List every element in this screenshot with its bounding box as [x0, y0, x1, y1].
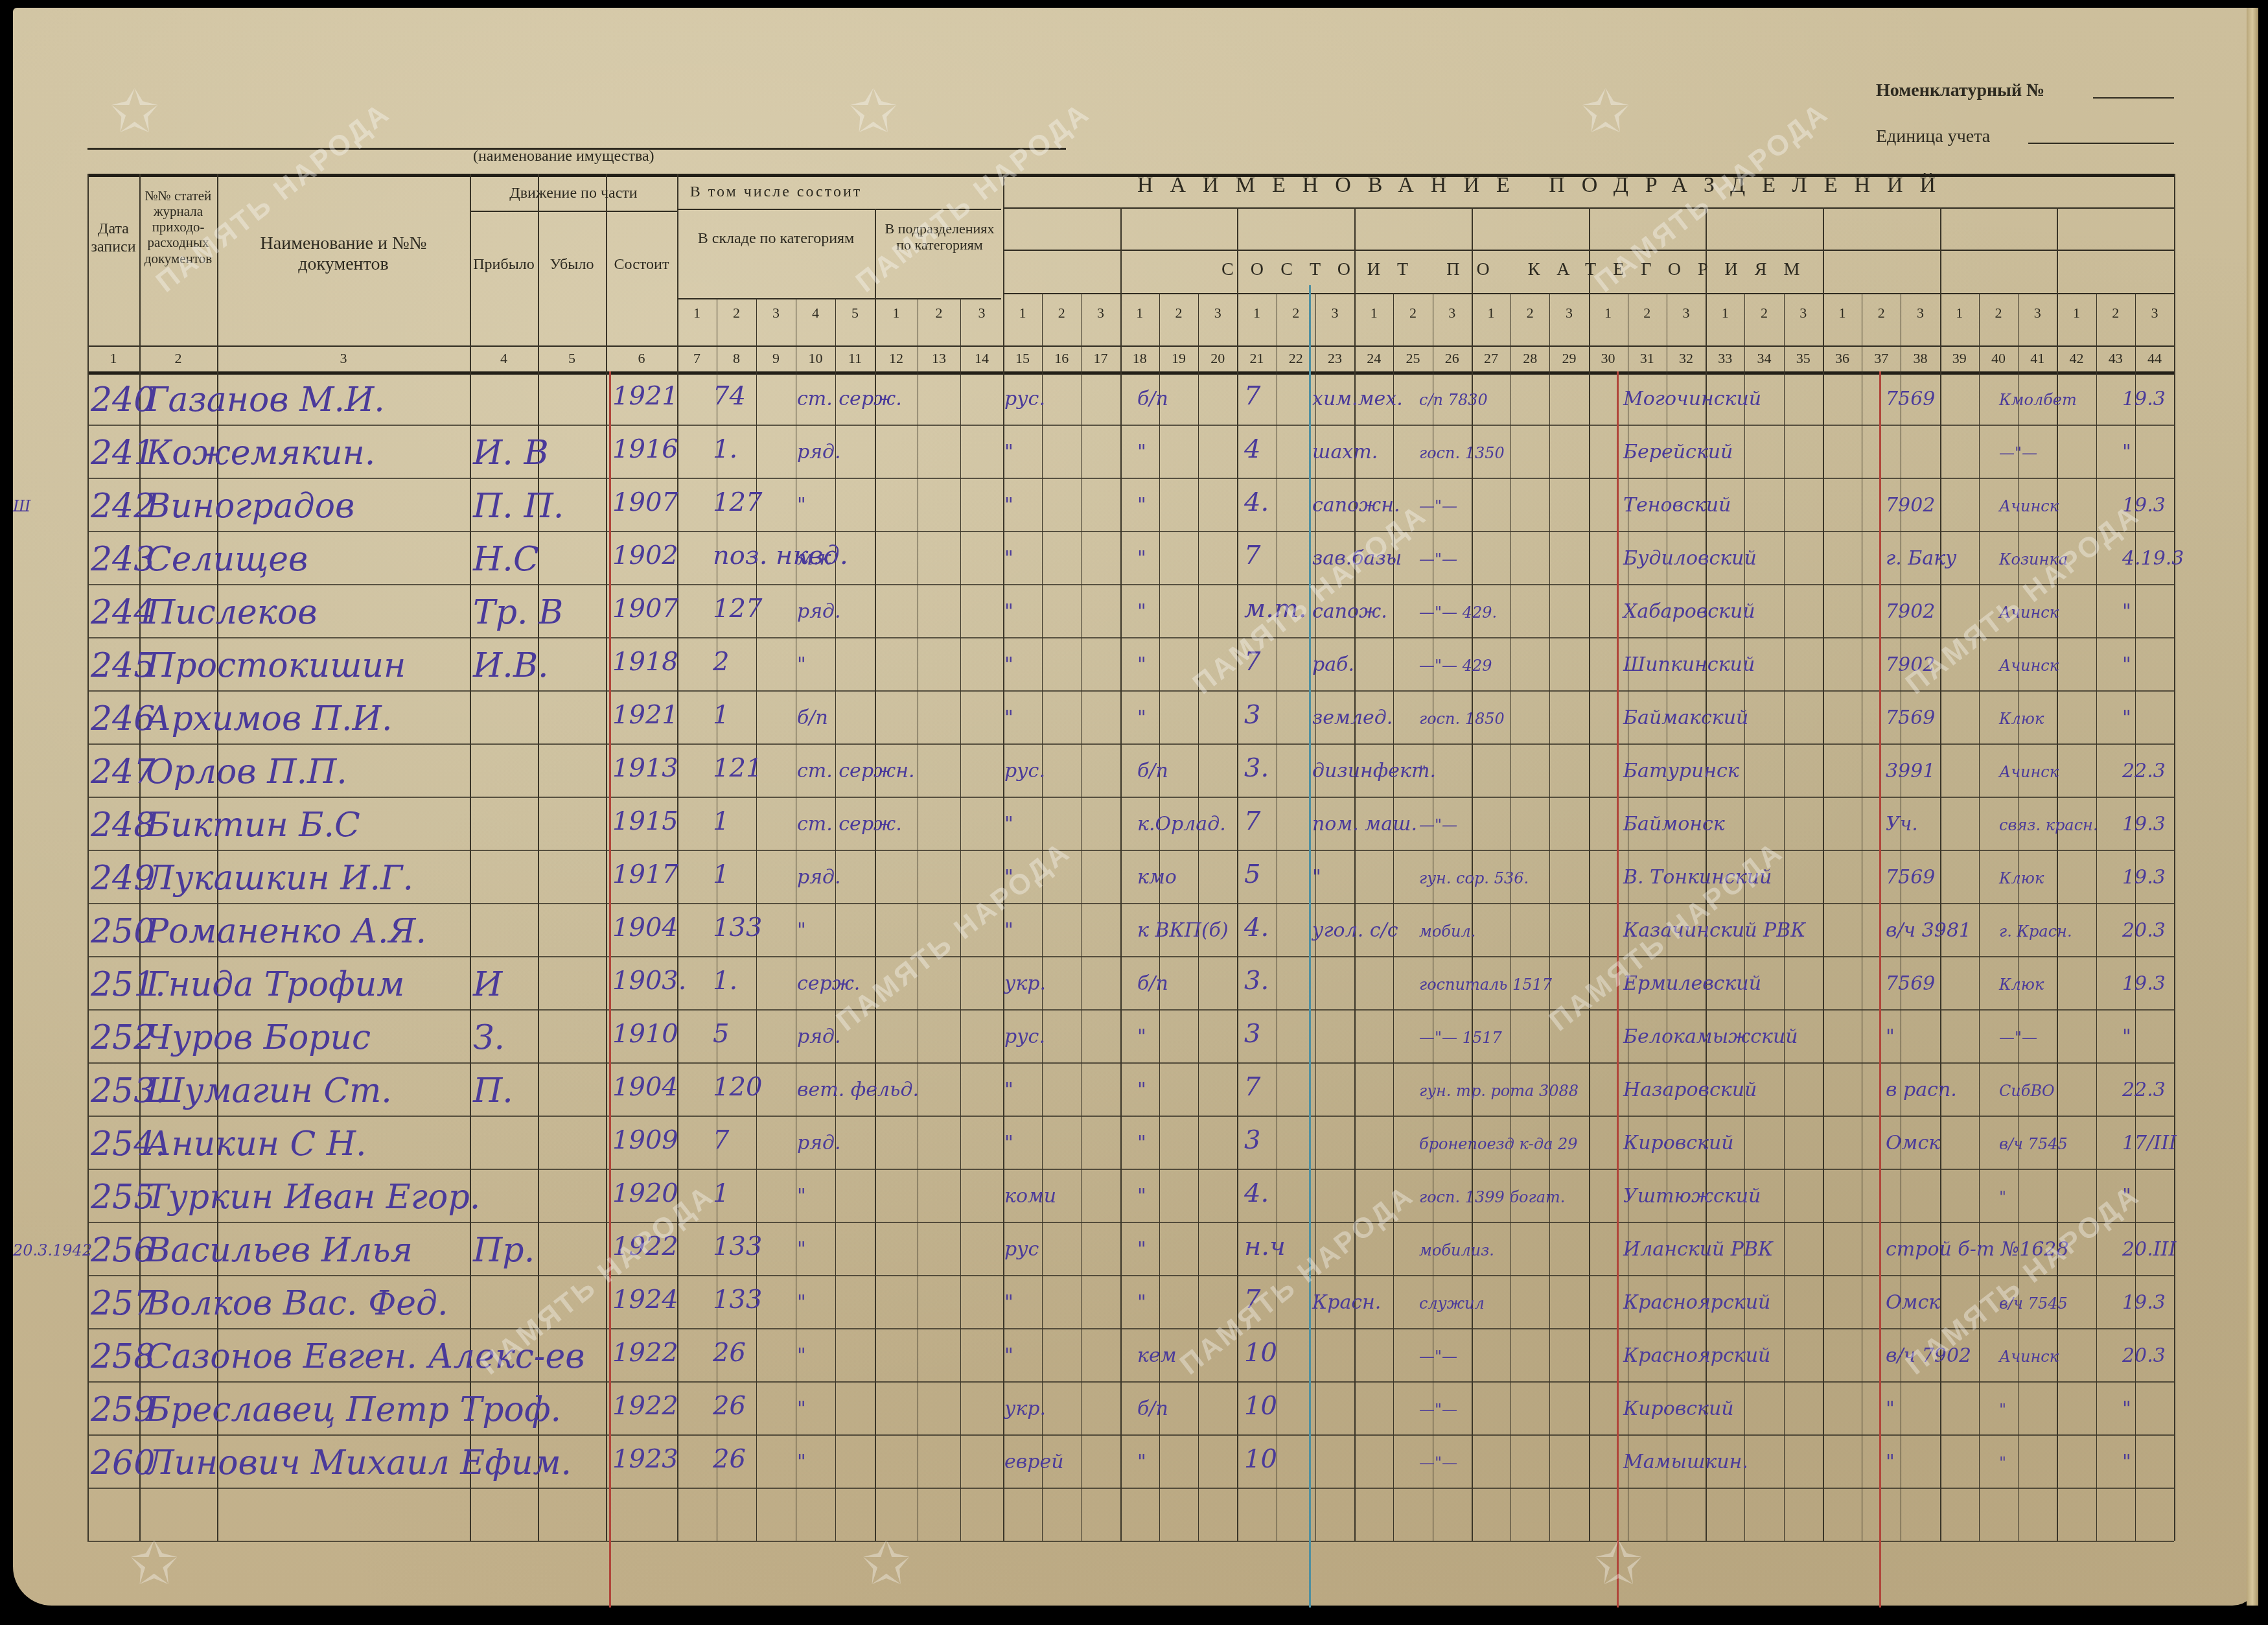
column-rule: [1823, 207, 1824, 1541]
destination-unit: в расп.: [1886, 1081, 1957, 1100]
unit-number: 121: [713, 755, 762, 781]
category-number: 2: [1862, 305, 1901, 321]
unit-number: 26: [713, 1340, 746, 1366]
rank: ": [797, 1346, 806, 1366]
column-rule: [470, 174, 471, 1541]
header-warehouse: В складе по категориям: [687, 230, 865, 248]
destination: ": [1999, 1402, 2006, 1418]
date: ": [2122, 655, 2131, 675]
category-number: 1: [1120, 305, 1159, 321]
category-number: 3: [1901, 305, 1939, 321]
row-rule: [87, 903, 2174, 904]
specialty: хим.мех.: [1312, 390, 1403, 409]
column-number: 17: [1081, 350, 1120, 367]
nationality: рус.: [1004, 762, 1045, 781]
category-number: 2: [2096, 305, 2135, 321]
header-bottom-rule: [87, 371, 2174, 375]
district: Батуринск: [1623, 762, 1739, 781]
category-number: 3: [1549, 305, 1588, 321]
education: 3.: [1244, 968, 1269, 994]
red-pencil-line: [1879, 371, 1881, 1607]
category-number: 1: [875, 305, 918, 321]
row-rule: [87, 1009, 2174, 1011]
party: ": [1137, 708, 1146, 728]
specialty: раб.: [1312, 655, 1354, 675]
nationality: рус.: [1004, 1027, 1045, 1047]
column-number: 21: [1237, 350, 1276, 367]
rank: б/п: [797, 708, 828, 728]
rank: ": [797, 921, 806, 941]
birth-year: 1922: [612, 1340, 678, 1366]
origin: госп. 1850: [1419, 711, 1505, 727]
category-number: 3: [1433, 305, 1472, 321]
soldier-name: Романенко А.Я.: [146, 915, 426, 948]
category-number: 2: [1979, 305, 2018, 321]
nationality: ": [1004, 921, 1013, 941]
destination-unit: строй б-т №1628: [1886, 1240, 2069, 1259]
header-subunits: В подразделениях по категориям: [878, 220, 1001, 253]
district: Кировский: [1623, 1134, 1734, 1153]
column-number: 11: [835, 350, 875, 367]
birth-year: 1918: [612, 649, 678, 675]
column-rule: [1003, 174, 1004, 1541]
party: ": [1137, 1027, 1146, 1047]
origin: госпиталь 1517: [1419, 977, 1552, 992]
origin: —"—: [1419, 1349, 1457, 1364]
column-rule: [1081, 293, 1082, 1541]
rank: ": [797, 1399, 806, 1419]
column-number: 14: [960, 350, 1003, 367]
unit-number: 7: [713, 1127, 729, 1153]
party: б/п: [1137, 762, 1168, 781]
party: ": [1137, 1081, 1146, 1100]
destination: связ. красн.: [1999, 817, 2098, 833]
birth-year: 1907: [612, 489, 678, 515]
nomenclature-label: Номенклатурный №: [1876, 80, 2044, 101]
date: ": [2122, 1187, 2131, 1206]
party: б/п: [1137, 1399, 1168, 1419]
destination-unit: 7569: [1886, 708, 1935, 728]
party: б/п: [1137, 390, 1168, 409]
rank: серж.: [797, 974, 860, 994]
column-number: 25: [1393, 350, 1432, 367]
date: 22.3: [2122, 1081, 2166, 1100]
party: ": [1137, 443, 1146, 462]
origin: —"— 1517: [1419, 1030, 1502, 1046]
category-number: 1: [1237, 305, 1276, 321]
soldier-name: Аникин С Н.: [146, 1127, 367, 1161]
column-rule: [1979, 293, 1980, 1541]
origin: мобилиз.: [1419, 1243, 1494, 1258]
origin: служил: [1419, 1296, 1485, 1311]
unit-number: 1: [713, 702, 729, 728]
column-number: 35: [1784, 350, 1823, 367]
column-number: 41: [2018, 350, 2057, 367]
unit-number: 120: [713, 1074, 762, 1100]
origin: бронепоезд к-да 29: [1419, 1136, 1578, 1152]
soldier-name: Туркин Иван Егор.: [146, 1180, 480, 1214]
date: 22.3: [2122, 762, 2166, 781]
nationality: ": [1004, 1081, 1013, 1100]
initials: И: [473, 968, 502, 1001]
red-pencil-line: [609, 371, 611, 1607]
category-number: 2: [918, 305, 960, 321]
district: Назаровский: [1623, 1081, 1757, 1100]
colnum-rule: [87, 345, 2174, 347]
date: 4.19.3: [2122, 549, 2184, 568]
party: ": [1137, 1453, 1146, 1472]
destination: Ачинск: [1999, 1349, 2059, 1364]
rank: ": [797, 1187, 806, 1206]
party: ": [1137, 549, 1146, 568]
education: 3.: [1244, 755, 1269, 781]
party: кмо: [1137, 868, 1177, 887]
column-number: 42: [2057, 350, 2096, 367]
row-rule: [87, 425, 2174, 426]
district: Баймакский: [1623, 708, 1748, 728]
category-number: 3: [1667, 305, 1706, 321]
category-number: 1: [1354, 305, 1393, 321]
soldier-name: Селищев: [146, 543, 308, 576]
row-rule: [87, 956, 2174, 957]
column-rule: [1862, 293, 1862, 1541]
date: 19.3: [2122, 815, 2166, 834]
column-rule: [1393, 293, 1394, 1541]
column-rule: [1042, 293, 1043, 1541]
column-rule: [918, 298, 918, 1541]
column-rule: [677, 174, 678, 1541]
specialty: сапожн.: [1312, 496, 1400, 515]
birth-year: 1923: [612, 1446, 678, 1472]
soldier-name: Пислеков: [146, 596, 317, 629]
row-rule: [87, 531, 2174, 532]
destination-unit: 7902: [1886, 655, 1935, 675]
education: 7: [1244, 808, 1260, 834]
column-number: 28: [1510, 350, 1549, 367]
soldier-name: Васильев Илья: [146, 1233, 413, 1267]
birth-year: 1922: [612, 1393, 678, 1419]
district: В. Тонкинский: [1623, 868, 1772, 887]
soldier-name: Лукашкин И.Г.: [146, 861, 413, 895]
column-number: 34: [1744, 350, 1783, 367]
column-number: 33: [1706, 350, 1744, 367]
unit-number: 1: [713, 861, 729, 887]
rank: ": [797, 1240, 806, 1259]
column-rule: [1784, 293, 1785, 1541]
specialty: дизинфект.: [1312, 762, 1436, 781]
row-rule: [87, 637, 2174, 638]
category-number: 5: [835, 305, 875, 321]
nationality: еврей: [1004, 1453, 1064, 1472]
category-number: 3: [1081, 305, 1120, 321]
origin: госп. 1350: [1419, 445, 1505, 461]
birth-year: 1916: [612, 436, 678, 462]
destination: в/ч 7545: [1999, 1296, 2068, 1311]
header-movement: Движение по части: [470, 185, 677, 203]
initials: П.: [473, 1074, 513, 1108]
nationality: ": [1004, 1293, 1013, 1313]
origin: гун. сор. 536.: [1419, 871, 1529, 886]
destination-unit: 7569: [1886, 868, 1935, 887]
column-rule: [960, 298, 961, 1541]
date: ": [2122, 1027, 2131, 1047]
party: к ВКП(б): [1137, 921, 1229, 941]
education: н.ч: [1244, 1233, 1286, 1259]
date: 19.3: [2122, 974, 2166, 994]
destination-unit: ": [1886, 1453, 1895, 1472]
rank: ": [797, 1293, 806, 1313]
origin: —"—: [1419, 1402, 1457, 1418]
row-rule: [87, 1488, 2174, 1489]
column-number: 3: [217, 350, 470, 367]
column-number: 36: [1823, 350, 1862, 367]
row-rule: [87, 1116, 2174, 1117]
category-number: 2: [1628, 305, 1667, 321]
category-number: 1: [1706, 305, 1744, 321]
nationality: укр.: [1004, 974, 1046, 994]
column-number: 24: [1354, 350, 1393, 367]
destination: Ачинск: [1999, 605, 2059, 620]
nationality: ": [1004, 1134, 1013, 1153]
date: ": [2122, 1453, 2131, 1472]
row-rule: [87, 850, 2174, 851]
date: ": [2122, 443, 2131, 462]
birth-year: 1920: [612, 1180, 678, 1206]
header-consists: Состоит: [606, 256, 677, 274]
destination: Клюк: [1999, 871, 2044, 886]
column-rule: [217, 174, 218, 1541]
rank: ст. сержн.: [797, 762, 914, 781]
rank: м.к: [797, 549, 831, 568]
birth-year: 1903.: [612, 968, 687, 994]
column-number: 13: [918, 350, 960, 367]
district: Будиловский: [1623, 549, 1757, 568]
birth-year: 1907: [612, 596, 678, 622]
unit-number: 2: [713, 649, 729, 675]
origin: —"— 429: [1419, 658, 1492, 673]
rank: ": [797, 655, 806, 675]
column-number: 16: [1042, 350, 1081, 367]
unit-number: 133: [713, 915, 762, 941]
column-rule: [2096, 293, 2097, 1541]
column-rule: [1940, 207, 1941, 1541]
rank: ряд.: [797, 868, 841, 887]
party: б/п: [1137, 974, 1168, 994]
nationality: ": [1004, 1346, 1013, 1366]
category-number: 3: [2135, 305, 2174, 321]
destination: Ачинск: [1999, 498, 2059, 514]
soldier-name: Биктин Б.С: [146, 808, 360, 842]
nationality: ": [1004, 443, 1013, 462]
column-number: 37: [1862, 350, 1901, 367]
specialty: сапож.: [1312, 602, 1387, 622]
nationality: ": [1004, 496, 1013, 515]
column-number: 40: [1979, 350, 2018, 367]
column-number: 26: [1433, 350, 1472, 367]
date: 19.3: [2122, 1293, 2166, 1313]
category-number: 2: [1510, 305, 1549, 321]
column-number: 9: [756, 350, 796, 367]
birth-year: 1909: [612, 1127, 678, 1153]
column-number: 8: [717, 350, 756, 367]
destination: Козинка: [1999, 552, 2068, 567]
party: ": [1137, 1240, 1146, 1259]
destination-unit: Омск: [1886, 1134, 1940, 1153]
category-number: 1: [2057, 305, 2096, 321]
district: Шипкинский: [1623, 655, 1755, 675]
education: 7: [1244, 383, 1260, 409]
row-rule: [87, 1381, 2174, 1383]
specialty: ": [1312, 868, 1321, 887]
row-rule: [87, 1169, 2174, 1170]
education: 10: [1244, 1340, 1277, 1366]
date: 20.3: [2122, 1346, 2166, 1366]
column-number: 23: [1315, 350, 1354, 367]
origin: —"— 429.: [1419, 605, 1497, 620]
education: 10: [1244, 1446, 1277, 1472]
header-journal: №№ статей журнала приходо-расходных доку…: [139, 188, 217, 266]
column-number: 31: [1628, 350, 1667, 367]
birth-year: 1917: [612, 861, 678, 887]
rank: ": [797, 496, 806, 515]
district: Теновский: [1623, 496, 1731, 515]
movement-rule: [470, 211, 677, 212]
including-rule: [677, 209, 1001, 210]
form-caption: (наименование имущества): [473, 148, 654, 165]
row-rule: [87, 478, 2174, 479]
row-rule: [87, 1434, 2174, 1436]
destination: —"—: [1999, 445, 2037, 461]
initials: Тр. В: [473, 596, 563, 629]
origin: госп. 1399 богат.: [1419, 1189, 1565, 1205]
date: ": [2122, 602, 2131, 622]
column-rule: [796, 298, 796, 1541]
unit-number: 127: [713, 489, 762, 515]
column-number: 19: [1159, 350, 1198, 367]
soldier-name: Газанов М.И.: [146, 383, 385, 417]
column-number: 5: [538, 350, 606, 367]
destination: г. Красн.: [1999, 924, 2072, 939]
birth-year: 1922: [612, 1233, 678, 1259]
column-rule: [538, 174, 539, 1541]
destination: в/ч 7545: [1999, 1136, 2068, 1152]
district: Могочинский: [1623, 390, 1761, 409]
education: 7: [1244, 1287, 1260, 1313]
rank: ряд.: [797, 602, 841, 622]
date: ": [2122, 1399, 2131, 1419]
nationality: коми: [1004, 1187, 1056, 1206]
margin-note: 20.3.1942: [13, 1243, 92, 1258]
district: Красноярский: [1623, 1346, 1770, 1366]
nationality: ": [1004, 655, 1013, 675]
specialty: угол. с/с: [1312, 921, 1398, 941]
education: 4.: [1244, 1180, 1269, 1206]
category-number: 3: [1784, 305, 1823, 321]
unit-number: 1: [713, 808, 729, 834]
education: 7: [1244, 649, 1260, 675]
education: 4.: [1244, 915, 1269, 941]
initials: Пр.: [473, 1233, 535, 1267]
party: ": [1137, 496, 1146, 515]
column-rule: [1120, 207, 1122, 1541]
destination-unit: 7569: [1886, 974, 1935, 994]
category-number: 3: [960, 305, 1003, 321]
education: м.т.: [1244, 596, 1307, 622]
row-rule: [87, 1328, 2174, 1329]
nationality: ": [1004, 549, 1013, 568]
category-number: 2: [717, 305, 756, 321]
rank: вет. фельд.: [797, 1081, 919, 1100]
column-rule: [139, 174, 141, 1541]
red-pencil-line: [1617, 371, 1619, 1607]
header-units: НАИМЕНОВАНИЕ ПОДРАЗДЕЛЕНИЙ: [1137, 173, 1952, 198]
nationality: рус.: [1004, 390, 1045, 409]
column-number: 15: [1003, 350, 1042, 367]
education: 3: [1244, 1127, 1260, 1153]
destination: ": [1999, 1455, 2006, 1471]
origin: мобил.: [1419, 924, 1475, 939]
initials: П. П.: [473, 489, 564, 523]
destination-unit: 7569: [1886, 390, 1935, 409]
soldier-name: Сазонов Евген. Алекс-ев: [146, 1340, 584, 1374]
rank: ст. серж.: [797, 390, 902, 409]
education: 4.: [1244, 489, 1269, 515]
column-number: 44: [2135, 350, 2174, 367]
initials: Н.С: [473, 543, 539, 576]
origin: —"—: [1419, 817, 1457, 833]
party: ": [1137, 602, 1146, 622]
education: 5: [1244, 861, 1260, 887]
category-number: 3: [2018, 305, 2057, 321]
soldier-name: Кожемякин.: [146, 436, 375, 470]
blue-pencil-line: [1309, 285, 1311, 1607]
category-number: 1: [1472, 305, 1510, 321]
nationality: укр.: [1004, 1399, 1046, 1419]
destination: Кмолбет: [1999, 392, 2077, 408]
unit-number: 1.: [713, 968, 737, 994]
nationality: ": [1004, 708, 1013, 728]
destination-unit: 7902: [1886, 496, 1935, 515]
row-rule: [87, 797, 2174, 798]
unit-number: 1: [713, 1180, 729, 1206]
origin: гун. тр. рота 3088: [1419, 1083, 1579, 1099]
soldier-name: Шумагин Ст.: [146, 1074, 392, 1108]
destination-unit: ": [1886, 1399, 1895, 1419]
column-rule: [1549, 293, 1550, 1541]
district: Баймонск: [1623, 815, 1725, 834]
rank: ряд.: [797, 1134, 841, 1153]
header-by-category: СОСТОИТ ПО КАТЕГОРИЯМ: [1221, 259, 1816, 280]
party: ": [1137, 655, 1146, 675]
date: 19.3: [2122, 496, 2166, 515]
unit-number: 26: [713, 1393, 746, 1419]
party: кем: [1137, 1346, 1177, 1366]
birth-year: 1924: [612, 1287, 678, 1313]
birth-year: 1902: [612, 543, 678, 568]
destination: Ачинск: [1999, 658, 2059, 673]
origin: —"—: [1419, 552, 1457, 567]
column-rule: [1510, 293, 1511, 1541]
column-rule: [1315, 293, 1316, 1541]
destination: СибВО: [1999, 1083, 2055, 1099]
unit-number: 5: [713, 1021, 729, 1047]
header-arrived: Прибыло: [470, 256, 538, 274]
unit-field: [2028, 143, 2174, 144]
row-rule: [87, 1541, 2174, 1542]
column-number: 10: [796, 350, 835, 367]
category-number: 2: [1393, 305, 1432, 321]
party: ": [1137, 1187, 1146, 1206]
